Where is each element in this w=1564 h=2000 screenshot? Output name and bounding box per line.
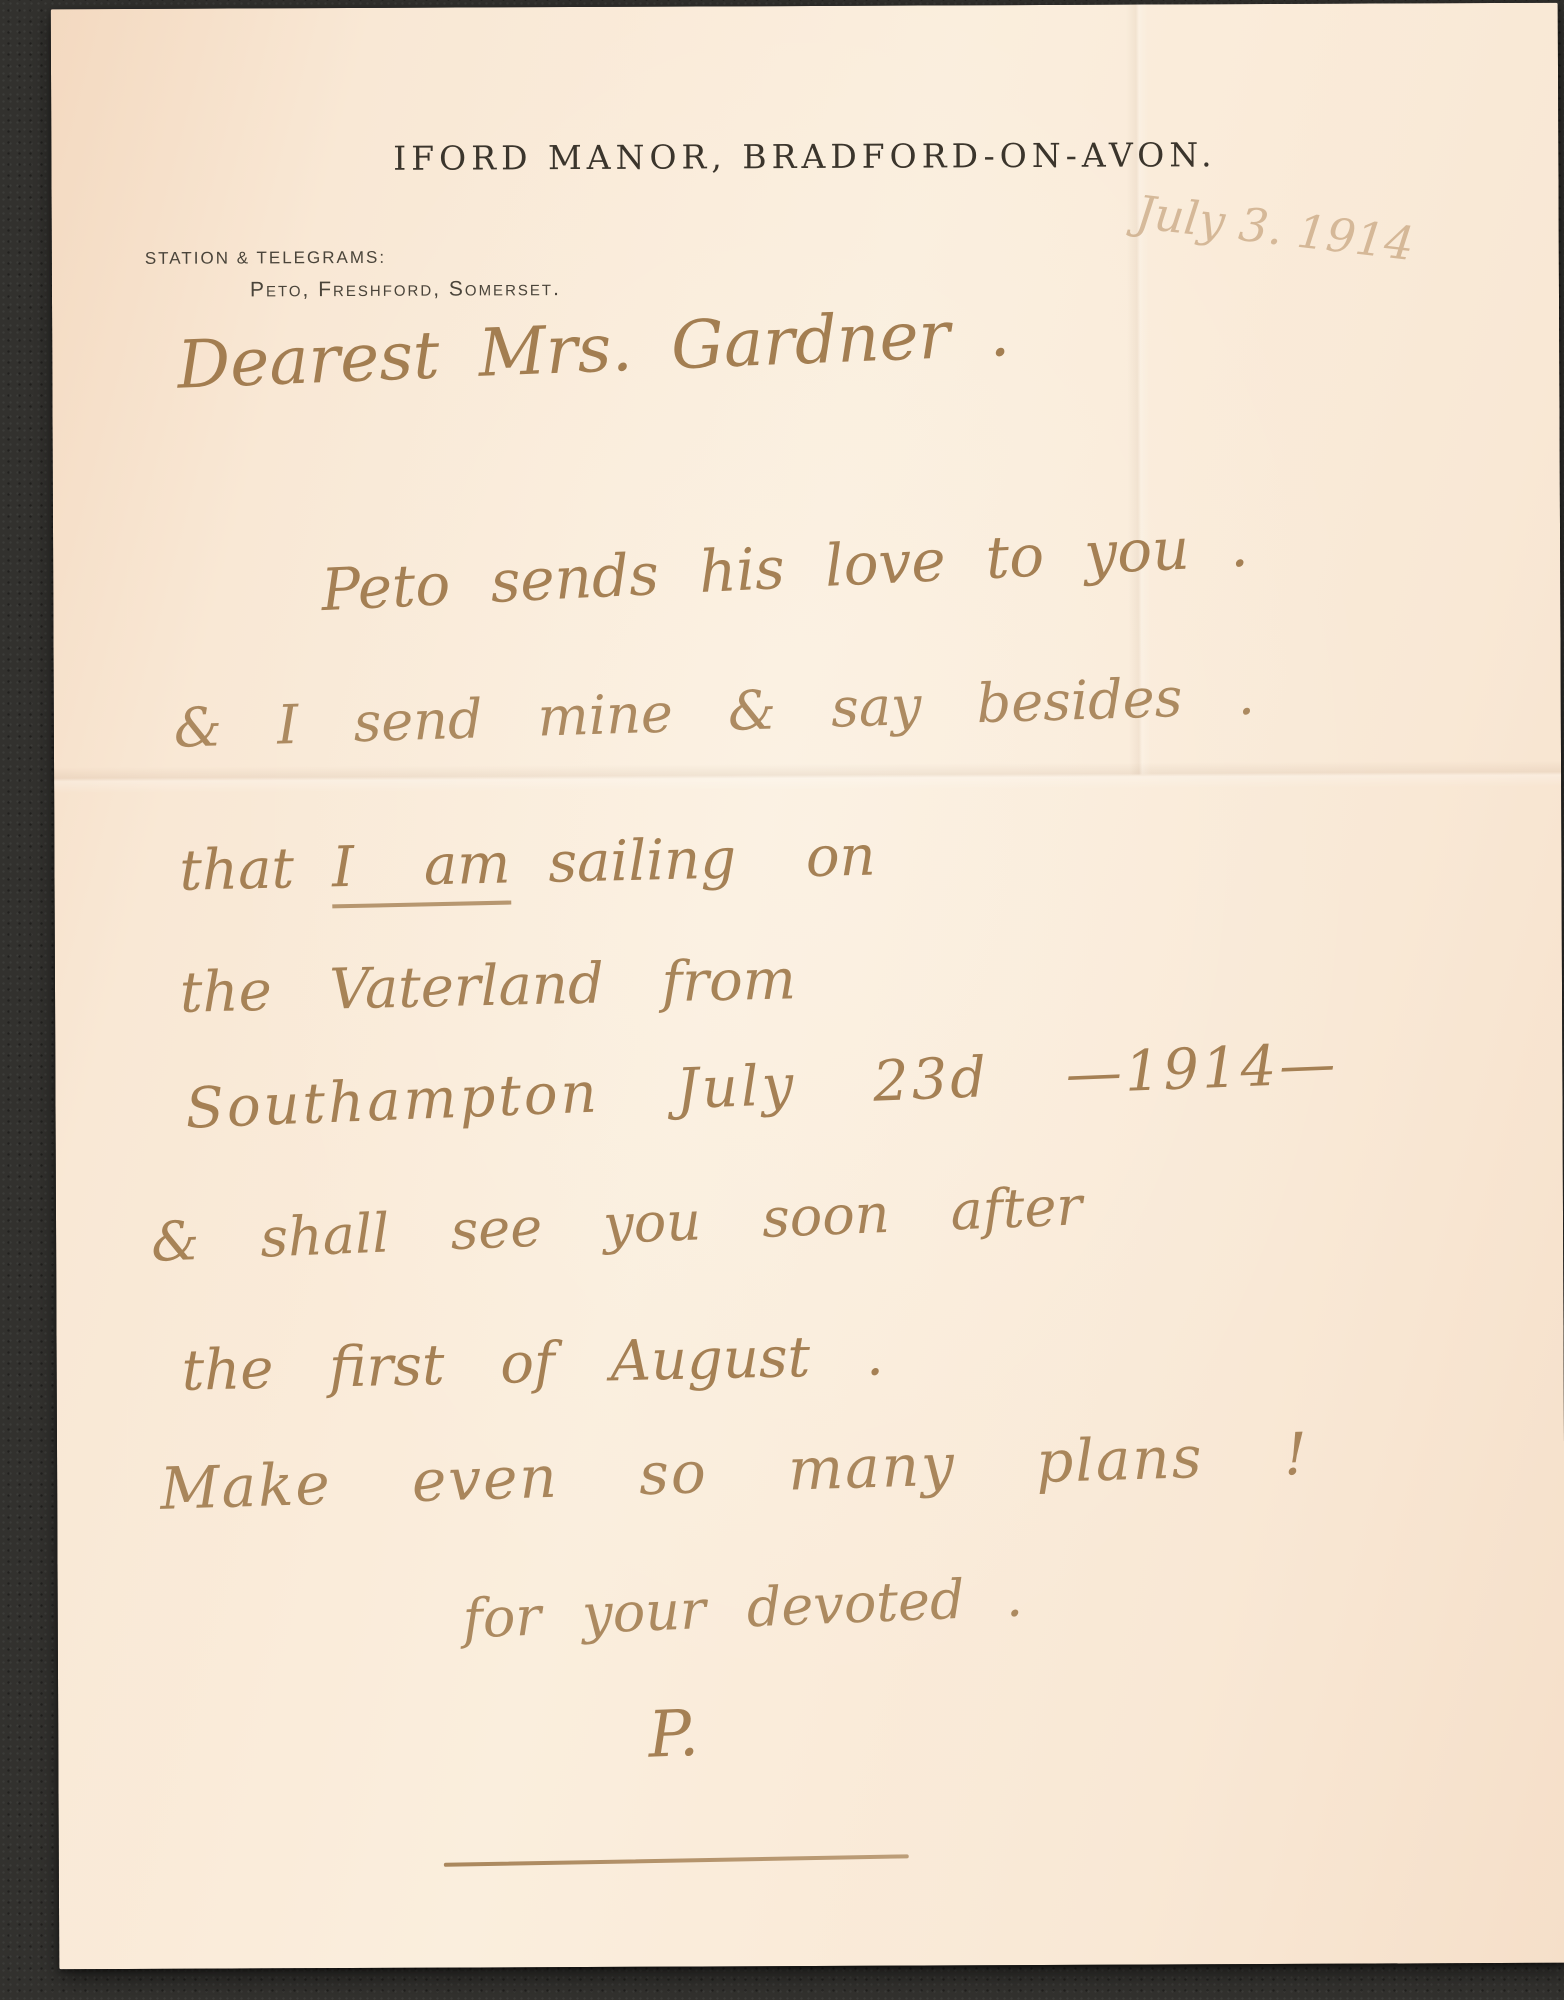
ink-rule-stroke [444,1854,909,1867]
signature-initial: P. [647,1697,700,1773]
body-line-3-underlined: I am [331,832,511,909]
body-line-8: Make even so many plans ! [159,1420,1310,1523]
body-line-6: & shall see you soon after [150,1174,1083,1274]
handwritten-date-note: July 3. 1914 [1133,185,1416,271]
body-line-7: the first of August . [181,1323,884,1403]
body-line-1: Peto sends his love to you . [320,512,1250,624]
letterhead-station-value: Peto, Freshford, Somerset. [250,277,561,302]
body-line-5: Southampton July 23d —1914— [184,1031,1339,1141]
body-line-2: & I send mine & say besides . [173,664,1256,760]
body-line-9: for your devoted . [462,1566,1024,1651]
letterhead-station-label: STATION & TELEGRAMS: [145,248,386,269]
letter-page: IFORD MANOR, BRADFORD-ON-AVON. STATION &… [51,3,1564,1970]
letterhead-title: IFORD MANOR, BRADFORD-ON-AVON. [51,134,1558,180]
body-line-3-pre: that [179,836,295,903]
body-line-3-post: sailing on [548,824,877,896]
body-line-3: thatI amsailing on [179,824,877,904]
salutation-line: Dearest Mrs. Gardner . [176,294,1012,404]
horizontal-fold-crease [54,761,1561,794]
vertical-fold-crease [1126,5,1151,775]
body-line-4: the Vaterland from [179,947,796,1025]
